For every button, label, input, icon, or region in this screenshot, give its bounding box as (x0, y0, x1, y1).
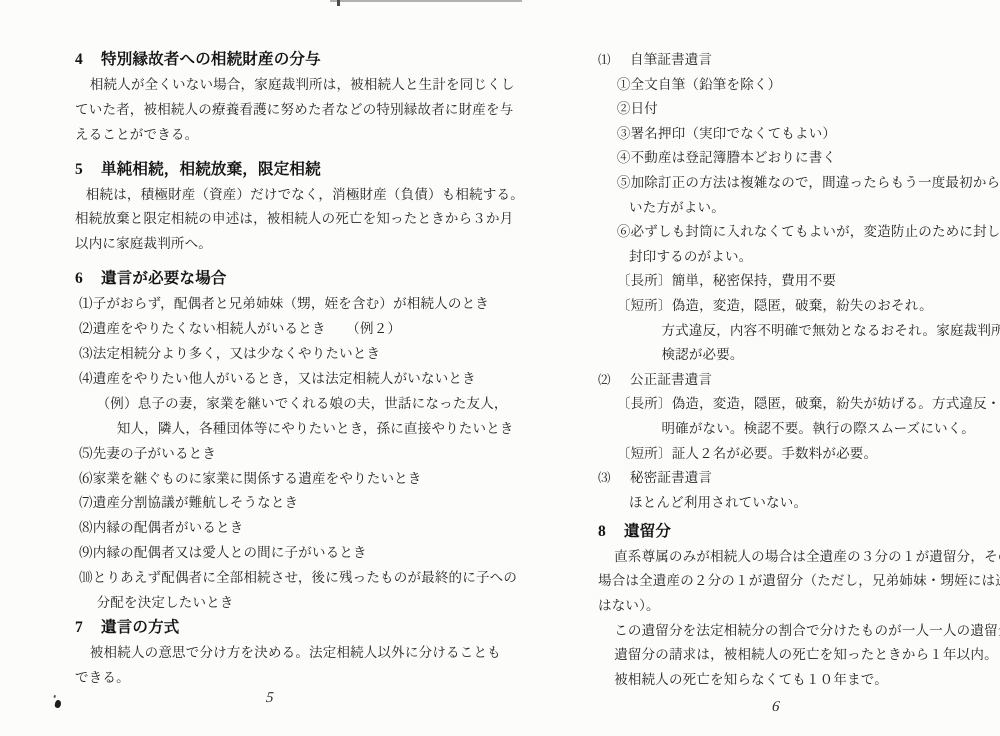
text-line: （例）息子の妻，家業を継いでくれる娘の夫，世話になった友人， (97, 392, 507, 417)
section-heading: 5単純相続，相続放棄，限定相続 (75, 158, 507, 183)
scanned-document-sheet: 4特別縁故者への相続財産の分与相続人が全くいない場合，家庭裁判所は，被相続人と生… (0, 0, 1000, 736)
text-line: ⑹家業を継ぐものに家業に関係する遺産をやりたいとき (79, 467, 507, 492)
subsection-number: ⑴ (598, 48, 630, 73)
section-heading: 4特別縁故者への相続財産の分与 (75, 48, 507, 73)
page-6-content: ⑴自筆証書遺言①全文自筆（鉛筆を除く）②日付③署名押印（実印でなくてもよい）④不… (598, 48, 996, 692)
text-line: 相続放棄と限定相続の申述は，被相続人の死亡を知ったときから３か月 (75, 207, 507, 232)
text-line: ⑴子がおらず，配偶者と兄弟姉妹（甥，姪を含む）が相続人のとき (79, 292, 507, 317)
subsection-number: ⑶ (598, 466, 630, 491)
text-line: はない）。 (598, 594, 996, 619)
text-line: ⑼内縁の配偶者又は愛人との間に子がいるとき (79, 541, 507, 566)
section-heading: 8遺留分 (598, 520, 996, 545)
page-number-right: 6 (771, 699, 780, 716)
section-number: 6 (75, 267, 101, 292)
text-line: ⑵遺産をやりたくない相続人がいるとき （例２） (79, 317, 507, 342)
text-line: ③署名押印（実印でなくてもよい） (617, 122, 996, 147)
text-line: ⑻内縁の配偶者がいるとき (79, 516, 507, 541)
text-line: この遺留分を法定相続分の割合で分けたものが一人一人の遺留分。 (614, 619, 996, 644)
scan-artifact-top-tick (337, 0, 340, 6)
section-title: 単純相続，相続放棄，限定相続 (101, 161, 321, 178)
text-line: ②日付 (617, 97, 996, 122)
section-heading: 6遺言が必要な場合 (75, 267, 507, 292)
subsection-title: 自筆証書遺言 (630, 52, 712, 67)
text-line: ⑥必ずしも封筒に入れなくてもよいが，変造防止のために封して (617, 220, 996, 245)
section-number: 5 (75, 158, 101, 183)
text-line: えることができる。 (75, 123, 507, 148)
text-line: 知人，隣人，各種団体等にやりたいとき，孫に直接やりたいとき (117, 417, 507, 442)
blank-line (75, 148, 507, 158)
text-line: 被相続人の死亡を知らなくても１０年まで。 (614, 668, 996, 693)
text-line: 遺留分の請求は，被相続人の死亡を知ったときから１年以内。 (614, 643, 996, 668)
subsection-title: 公正証書遺言 (630, 372, 712, 387)
text-line: 明確がない。検認不要。執行の際スムーズにいく。 (661, 417, 996, 442)
section-heading: 7遺言の方式 (75, 616, 507, 641)
text-line: 検認が必要。 (661, 343, 996, 368)
subsection-number: ⑵ (598, 368, 630, 393)
text-line: ⑽とりあえず配偶者に全部相続させ，後に残ったものが最終的に子への (79, 566, 507, 591)
text-line: 〔長所〕簡単，秘密保持，費用不要 (617, 269, 996, 294)
text-line: ④不動産は登記簿謄本どおりに書く (617, 146, 996, 171)
text-line: ①全文自筆（鉛筆を除く） (617, 73, 996, 98)
section-title: 遺留分 (624, 523, 671, 540)
text-line: ⑸先妻の子がいるとき (79, 442, 507, 467)
text-line: ⑶法定相続分より多く，又は少なくやりたいとき (79, 342, 507, 367)
section-number: 8 (598, 520, 624, 545)
section-title: 遺言が必要な場合 (101, 270, 227, 287)
text-line: 〔長所〕偽造，変造，隠匿，破棄，紛失が妨げる。方式違反・内容不 (617, 392, 996, 417)
text-line: できる。 (75, 666, 507, 691)
text-line: ⑺遺産分割協議が難航しそうなとき (79, 491, 507, 516)
section-number: 4 (75, 48, 101, 73)
text-line: ⑷遺産をやりたい他人がいるとき，又は法定相続人がいないとき (79, 367, 507, 392)
subsection-heading: ⑶秘密証書遺言 (598, 466, 996, 491)
text-line: いた方がよい。 (629, 196, 996, 221)
text-line: ⑤加除訂正の方法は複雑なので，間違ったらもう一度最初から書 (617, 171, 996, 196)
section-title: 遺言の方式 (101, 619, 180, 636)
blank-line (75, 257, 507, 267)
section-title: 特別縁故者への相続財産の分与 (101, 51, 321, 68)
scan-artifact-ink-dot (54, 699, 62, 708)
text-line: 〔短所〕偽造，変造，隠匿，破棄，紛失のおそれ。 (617, 294, 996, 319)
page-5-content: 4特別縁故者への相続財産の分与相続人が全くいない場合，家庭裁判所は，被相続人と生… (75, 48, 507, 691)
subsection-heading: ⑴自筆証書遺言 (598, 48, 996, 73)
scan-artifact-top-edge (330, 0, 522, 2)
text-line: ていた者，被相続人の療養看護に努めた者などの特別縁故者に財産を与 (75, 98, 507, 123)
text-line: 被相続人の意思で分け方を決める。法定相続人以外に分けることも (90, 641, 507, 666)
text-line: 〔短所〕証人２名が必要。手数料が必要。 (617, 442, 996, 467)
text-line: 場合は全遺産の２分の１が遺留分（ただし，兄弟姉妹・甥姪には遺留分 (598, 569, 996, 594)
page-number-left: 5 (265, 690, 274, 707)
text-line: 方式違反，内容不明確で無効となるおそれ。家庭裁判所の (661, 319, 996, 344)
subsection-heading: ⑵公正証書遺言 (598, 368, 996, 393)
subsection-title: 秘密証書遺言 (630, 470, 712, 485)
text-line: 以内に家庭裁判所へ。 (75, 232, 507, 257)
text-line: 相続は，積極財産（資産）だけでなく，消極財産（負債）も相続する。 (86, 183, 507, 208)
text-line: ほとんど利用されていない。 (629, 491, 996, 516)
text-line: 分配を決定したいとき (97, 591, 507, 616)
text-line: 相続人が全くいない場合，家庭裁判所は，被相続人と生計を同じくし (90, 73, 507, 98)
section-number: 7 (75, 616, 101, 641)
text-line: 封印するのがよい。 (629, 245, 996, 270)
text-line: 直系尊属のみが相続人の場合は全遺産の３分の１が遺留分，その他の (614, 545, 996, 570)
